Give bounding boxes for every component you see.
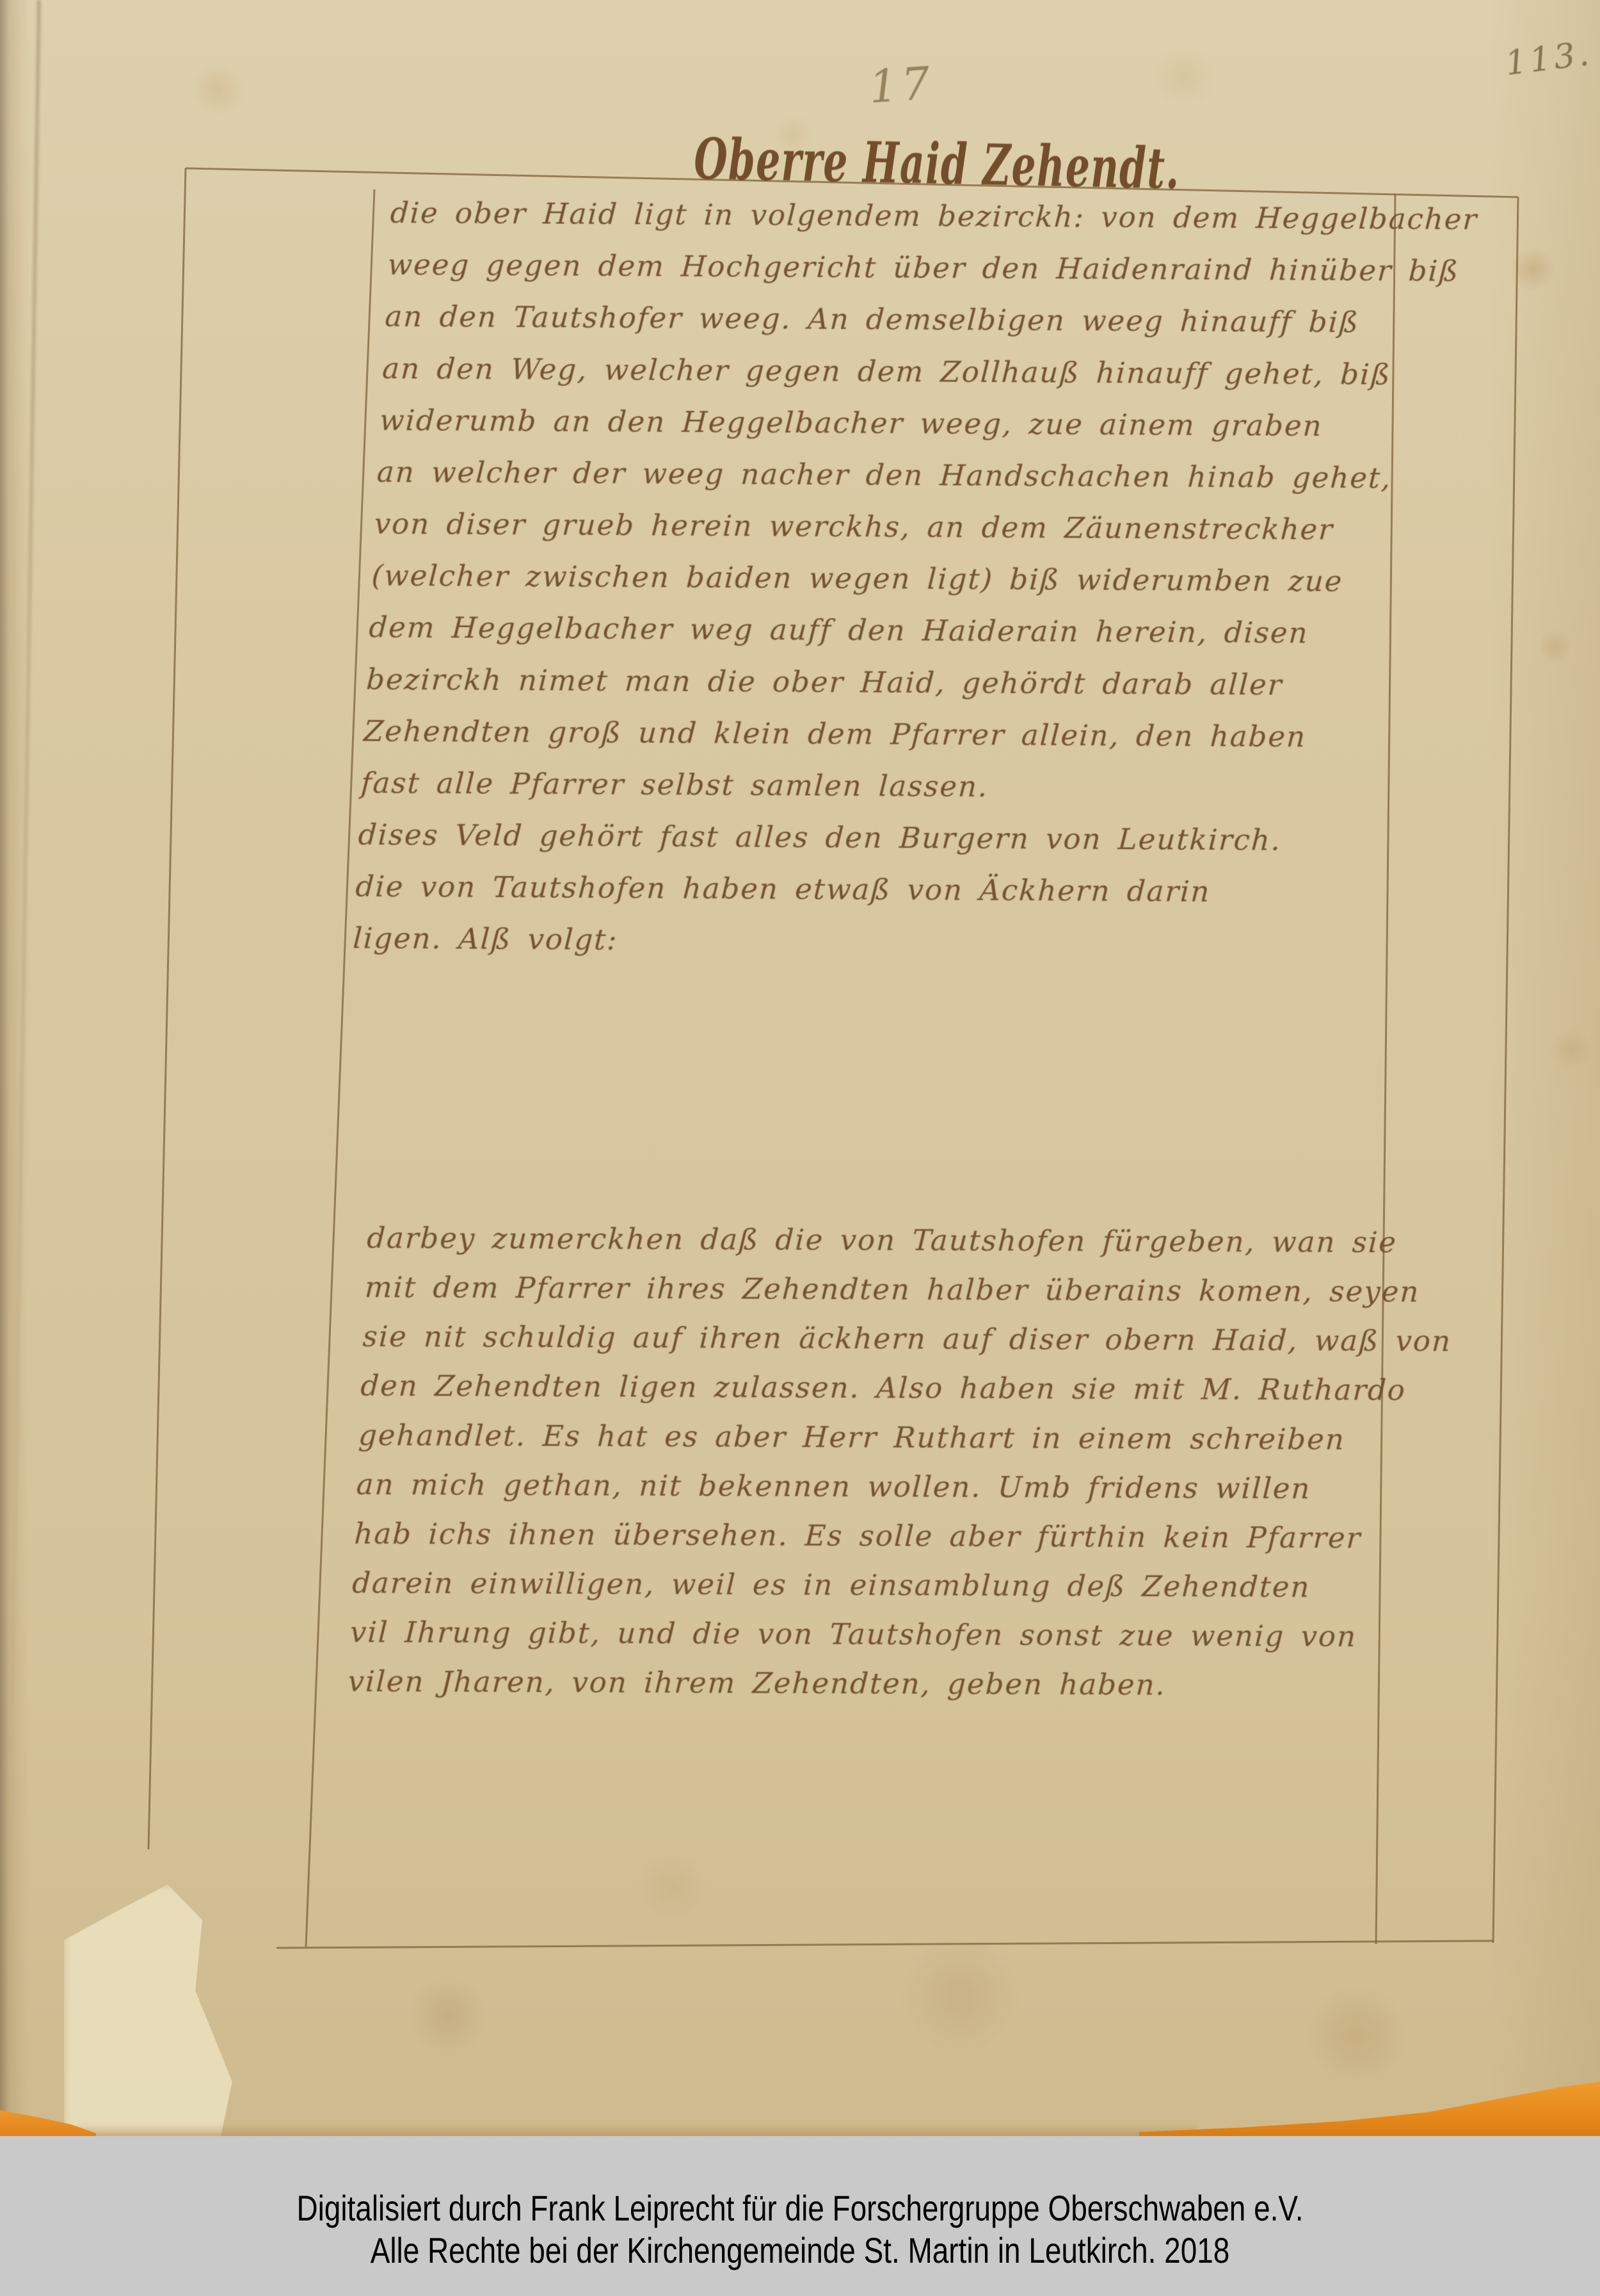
manuscript-line: dises Veld gehört fast alles den Burgern… bbox=[357, 809, 1384, 867]
frame-line-outer-left bbox=[148, 168, 186, 1849]
manuscript-line: an den Tautshofer weeg. An demselbigen w… bbox=[383, 291, 1410, 349]
manuscript-line: Zehendten groß und klein dem Pfarrer all… bbox=[362, 705, 1389, 763]
manuscript-line: gehandlet. Es hat es aber Herr Ruthart i… bbox=[358, 1410, 1384, 1464]
manuscript-line: sie nit schuldig auf ihren äckhern auf d… bbox=[362, 1312, 1388, 1366]
manuscript-line: dem Heggelbacher weg auff den Haiderain … bbox=[367, 602, 1394, 660]
manuscript-line: mit dem Pfarrer ihres Zehendten halber ü… bbox=[364, 1263, 1389, 1316]
manuscript-line: darbey zumerckhen daß die von Tautshofen… bbox=[366, 1213, 1392, 1267]
digitization-caption-bar: Digitalisiert durch Frank Leiprecht für … bbox=[0, 2136, 1600, 2296]
manuscript-line: an mich gethan, nit bekennen wollen. Umb… bbox=[355, 1460, 1381, 1513]
manuscript-line: (welcher zwischen baiden wegen ligt) biß… bbox=[371, 550, 1397, 608]
manuscript-line: widerumb an den Heggelbacher weeg, zue a… bbox=[378, 394, 1405, 452]
manuscript-line: die von Tautshofen haben etwaß von Äckhe… bbox=[355, 861, 1381, 919]
frame-line-bottom bbox=[276, 1941, 1493, 1948]
paper-bottom-edge bbox=[77, 2123, 1197, 2137]
manuscript-line: an den Weg, welcher gegen dem Zollhauß h… bbox=[381, 342, 1407, 401]
manuscript-line: vil Ihrung gibt, und die von Tautshofen … bbox=[349, 1607, 1375, 1661]
manuscript-line: hab ichs ihnen übersehen. Es solle aber … bbox=[353, 1509, 1379, 1563]
manuscript-line: an welcher der weeg nacher den Handschac… bbox=[376, 446, 1402, 504]
manuscript-line: fast alle Pfarrer selbst samlen lassen. bbox=[360, 757, 1386, 815]
manuscript-paragraph-1: die ober Haid ligt in volgendem bezirckh… bbox=[351, 187, 1416, 970]
folio-number-top-center: 17 bbox=[867, 57, 936, 114]
caption-line-2: Alle Rechte bei der Kirchengemeinde St. … bbox=[144, 2229, 1456, 2272]
manuscript-scan-page: 17 113. Oberre Haid Zehendt. die ober Ha… bbox=[0, 0, 1600, 2296]
manuscript-paragraph-2: darbey zumerckhen daß die von Tautshofen… bbox=[347, 1213, 1392, 1710]
manuscript-line: ligen. Alß volgt: bbox=[351, 913, 1378, 971]
manuscript-line: die ober Haid ligt in volgendem bezirckh… bbox=[389, 187, 1416, 245]
frame-line-outer-right bbox=[1493, 197, 1518, 1943]
manuscript-line: darein einwilligen, weil es in einsamblu… bbox=[351, 1558, 1377, 1612]
manuscript-line: den Zehendten ligen zulassen. Also haben… bbox=[360, 1361, 1386, 1415]
caption-line-1: Digitalisiert durch Frank Leiprecht für … bbox=[144, 2187, 1456, 2229]
manuscript-line: von diser grueb herein werckhs, an dem Z… bbox=[373, 498, 1400, 556]
manuscript-line: bezirckh nimet man die ober Haid, gehörd… bbox=[365, 653, 1391, 712]
manuscript-line: vilen Jharen, von ihrem Zehendten, geben… bbox=[347, 1657, 1373, 1710]
manuscript-line: weeg gegen dem Hochgericht über den Haid… bbox=[387, 239, 1413, 297]
